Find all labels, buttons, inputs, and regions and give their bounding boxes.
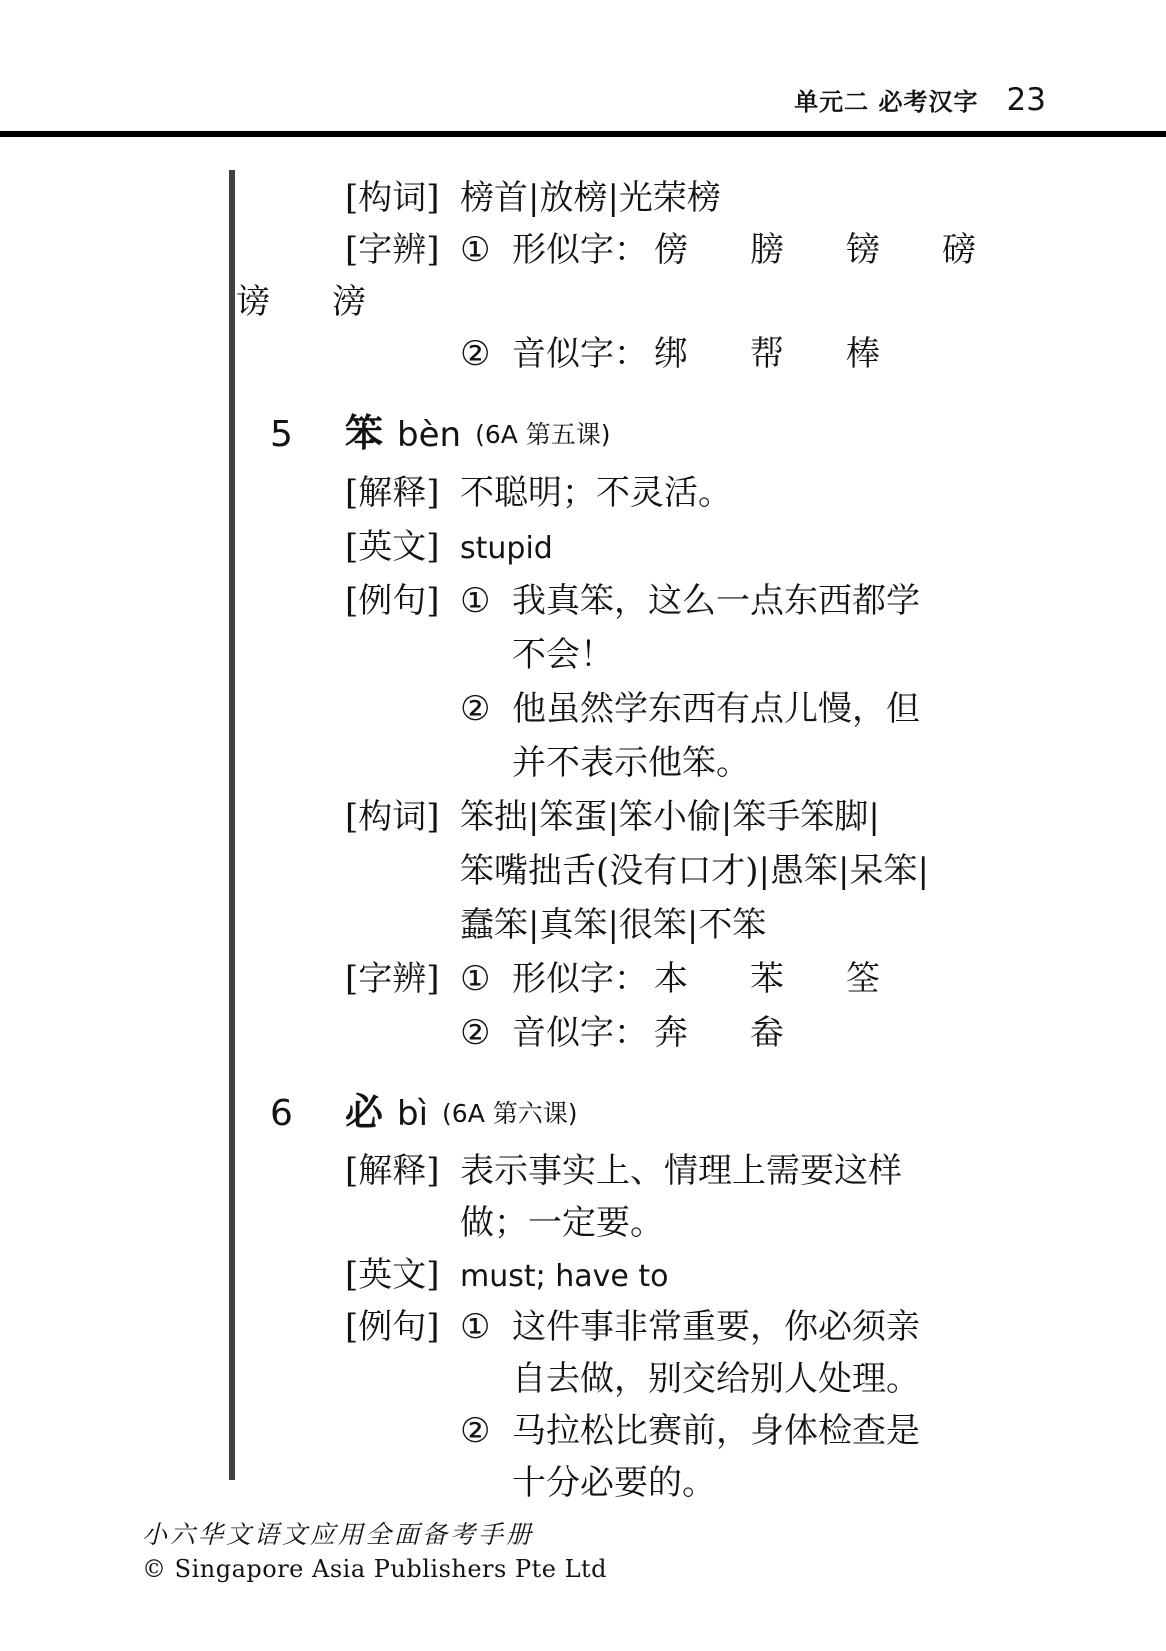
example-row-1-cont: 自去做，别交给别人处理。 <box>230 1353 1160 1405</box>
definition-label: [解释] <box>345 1145 460 1197</box>
similar-shape-row: [字辨] ① 形似字： 本 苯 筌 <box>230 952 1160 1006</box>
definition-text: 做；一定要。 <box>460 1197 664 1249</box>
definition-text: 不聪明；不灵活。 <box>460 466 732 520</box>
section-title: 单元二 必考汉字 <box>794 82 978 117</box>
similar-char: 筌 <box>846 952 942 1006</box>
similar-char: 膀 <box>750 224 846 276</box>
entry-pinyin: bì <box>397 1086 428 1142</box>
similar-char: 绑 <box>654 328 750 380</box>
similar-shape-chars: 傍 膀 镑 磅 <box>654 224 1038 276</box>
similar-sound-row: ② 音似字： 绑 帮 棒 <box>230 328 1160 380</box>
entry-source: (6A 第六课) <box>442 1086 577 1142</box>
definition-text: 表示事实上、情理上需要这样 <box>460 1145 902 1197</box>
example-text: 不会！ <box>512 628 614 682</box>
similar-shape-chars: 本 苯 筌 <box>654 952 942 1006</box>
word-formation-label: [构词] <box>345 790 460 844</box>
example-text: 他虽然学东西有点儿慢，但 <box>512 682 920 736</box>
example-row-2: ② 马拉松比赛前，身体检查是 <box>230 1405 1160 1457</box>
circled-two: ② <box>460 328 512 380</box>
similar-char: 滂 <box>332 276 428 328</box>
similar-shape-caption: 形似字： <box>512 952 648 1006</box>
entry-6: 6 必 bì (6A 第六课) [解释] 表示事实上、情理上需要这样 做；一定要… <box>230 1084 1160 1509</box>
definition-row-cont: 做；一定要。 <box>230 1197 1160 1249</box>
english-label: [英文] <box>345 520 460 574</box>
entry-5: 5 笨 bèn (6A 第五课) [解释] 不聪明；不灵活。 [英文] stup… <box>230 405 1160 1060</box>
example-row-1: [例句] ① 我真笨，这么一点东西都学 <box>230 574 1160 628</box>
example-text: 十分必要的。 <box>512 1457 716 1509</box>
example-text: 自去做，别交给别人处理。 <box>512 1353 920 1405</box>
word-formation-text: 榜首|放榜|光荣榜 <box>460 172 721 224</box>
english-text: must; have to <box>460 1251 669 1303</box>
similar-char: 镑 <box>846 224 942 276</box>
circled-one: ① <box>460 952 512 1006</box>
entry-6-heading: 6 必 bì (6A 第六课) <box>230 1084 1160 1145</box>
similar-char: 棒 <box>846 328 942 380</box>
word-formation-text: 笨拙|笨蛋|笨小偷|笨手笨脚| <box>460 790 880 844</box>
similar-shape-chars-2: 谤 滂 <box>236 276 428 328</box>
circled-one: ① <box>460 1301 512 1353</box>
char-discrimination-label: [字辨] <box>345 952 460 1006</box>
similar-shape-row-2: 谤 滂 <box>230 276 1160 328</box>
definition-row: [解释] 不聪明；不灵活。 <box>230 466 1160 520</box>
circled-two: ② <box>460 1405 512 1457</box>
similar-sound-row: ② 音似字： 奔 畚 <box>230 1006 1160 1060</box>
entry-number: 5 <box>270 407 345 463</box>
word-formation-row: [构词] 榜首|放榜|光荣榜 <box>230 172 1160 224</box>
example-text: 我真笨，这么一点东西都学 <box>512 574 920 628</box>
word-formation-row: [构词] 笨拙|笨蛋|笨小偷|笨手笨脚| <box>230 790 1160 844</box>
example-row-2-cont: 并不表示他笨。 <box>230 736 1160 790</box>
example-row-2-cont: 十分必要的。 <box>230 1457 1160 1509</box>
definition-row: [解释] 表示事实上、情理上需要这样 <box>230 1145 1160 1197</box>
entry-pinyin: bèn <box>397 407 461 463</box>
entry-5-heading: 5 笨 bèn (6A 第五课) <box>230 405 1160 466</box>
word-formation-text: 笨嘴拙舌(没有口才)|愚笨|呆笨| <box>460 844 929 898</box>
definition-label: [解释] <box>345 466 460 520</box>
entry-number: 6 <box>270 1086 345 1142</box>
textbook-page: 单元二 必考汉字 23 [构词] 榜首|放榜|光荣榜 [字辨] ① 形似字： 傍… <box>0 0 1166 1651</box>
word-formation-label: [构词] <box>345 172 460 224</box>
similar-char: 帮 <box>750 328 846 380</box>
similar-char: 畚 <box>750 1006 846 1060</box>
example-text: 这件事非常重要，你必须亲 <box>512 1301 920 1353</box>
example-row-1: [例句] ① 这件事非常重要，你必须亲 <box>230 1301 1160 1353</box>
char-discrimination-label: [字辨] <box>345 224 460 276</box>
page-number: 23 <box>1007 82 1046 118</box>
circled-two: ② <box>460 682 512 736</box>
english-row: [英文] must; have to <box>230 1249 1160 1301</box>
word-formation-row-cont: 笨嘴拙舌(没有口才)|愚笨|呆笨| <box>230 844 1160 898</box>
similar-char: 谤 <box>236 276 332 328</box>
page-header: 单元二 必考汉字 23 <box>794 82 1046 118</box>
book-title: 小六华文语文应用全面备考手册 <box>142 1518 607 1552</box>
similar-shape-caption: 形似字： <box>512 224 648 276</box>
entry-4-tail: [构词] 榜首|放榜|光荣榜 [字辨] ① 形似字： 傍 膀 镑 磅 谤 滂 <box>230 172 1160 380</box>
entry-headword: 必 <box>345 1084 383 1140</box>
example-row-2: ② 他虽然学东西有点儿慢，但 <box>230 682 1160 736</box>
similar-sound-caption: 音似字： <box>512 1006 648 1060</box>
example-text: 并不表示他笨。 <box>512 736 750 790</box>
page-content: [构词] 榜首|放榜|光荣榜 [字辨] ① 形似字： 傍 膀 镑 磅 谤 滂 <box>230 172 1160 1509</box>
example-label: [例句] <box>345 1301 460 1353</box>
similar-shape-row: [字辨] ① 形似字： 傍 膀 镑 磅 <box>230 224 1160 276</box>
english-text: stupid <box>460 522 553 576</box>
circled-one: ① <box>460 574 512 628</box>
similar-char: 本 <box>654 952 750 1006</box>
entry-headword: 笨 <box>345 405 383 461</box>
header-rule <box>0 131 1166 137</box>
english-label: [英文] <box>345 1249 460 1301</box>
entry-source: (6A 第五课) <box>475 407 610 463</box>
english-row: [英文] stupid <box>230 520 1160 574</box>
similar-char: 傍 <box>654 224 750 276</box>
example-text: 马拉松比赛前，身体检查是 <box>512 1405 920 1457</box>
example-label: [例句] <box>345 574 460 628</box>
similar-sound-chars: 绑 帮 棒 <box>654 328 942 380</box>
similar-char: 磅 <box>942 224 1038 276</box>
word-formation-row-cont: 蠢笨|真笨|很笨|不笨 <box>230 898 1160 952</box>
circled-two: ② <box>460 1006 512 1060</box>
circled-one: ① <box>460 224 512 276</box>
example-row-1-cont: 不会！ <box>230 628 1160 682</box>
similar-sound-caption: 音似字： <box>512 328 648 380</box>
word-formation-text: 蠢笨|真笨|很笨|不笨 <box>460 898 766 952</box>
similar-char: 奔 <box>654 1006 750 1060</box>
similar-sound-chars: 奔 畚 <box>654 1006 846 1060</box>
page-footer: 小六华文语文应用全面备考手册 © Singapore Asia Publishe… <box>142 1518 607 1586</box>
copyright-notice: © Singapore Asia Publishers Pte Ltd <box>142 1552 607 1586</box>
similar-char: 苯 <box>750 952 846 1006</box>
